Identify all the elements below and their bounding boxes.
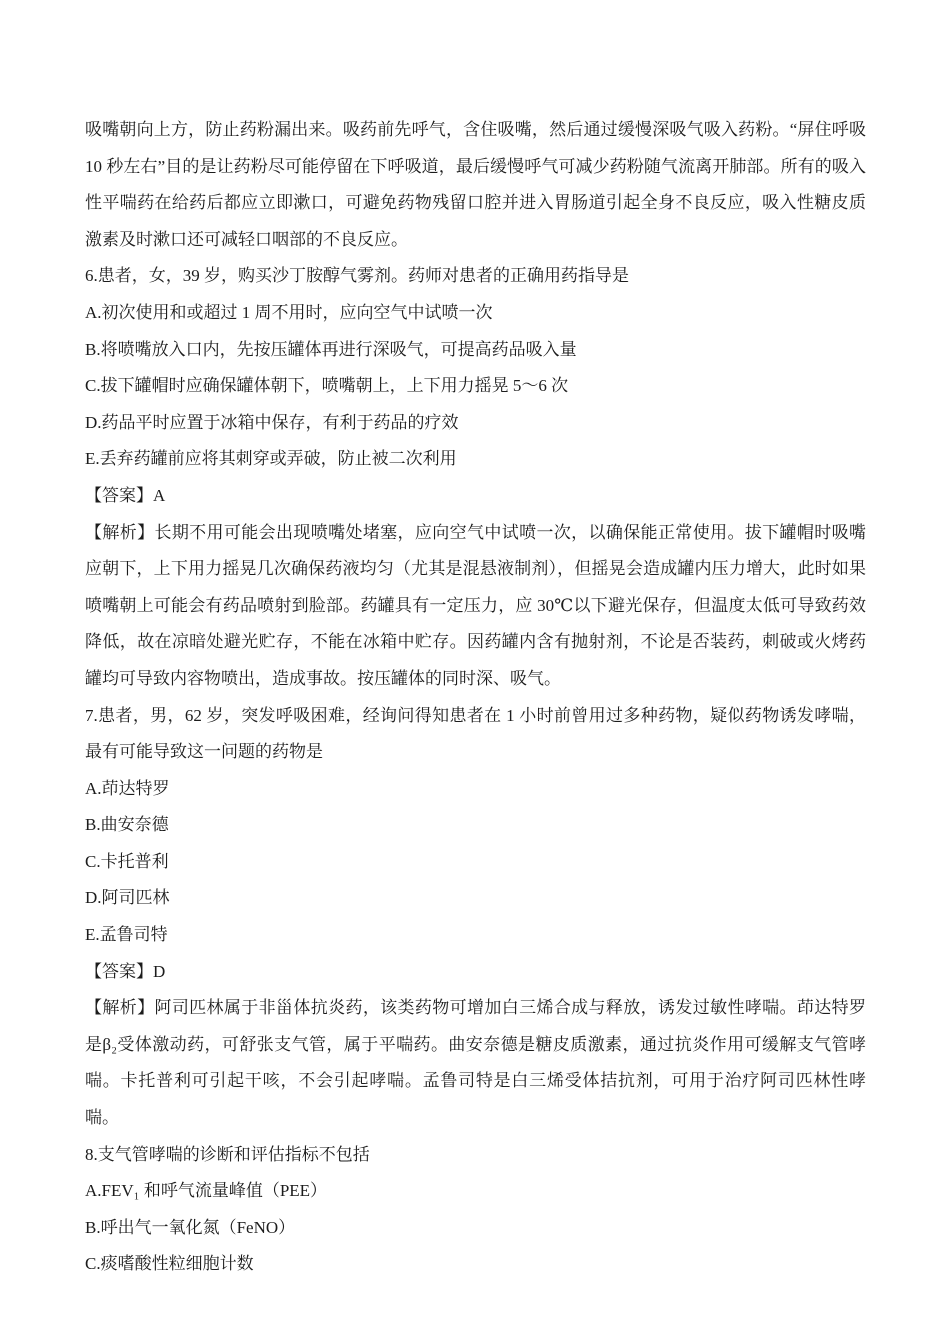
question-7-analysis: 【解析】阿司匹林属于非甾体抗炎药，该类药物可增加白三烯合成与释放，诱发过敏性哮喘… bbox=[85, 990, 866, 1136]
question-6: 6.患者，女，39 岁，购买沙丁胺醇气雾剂。药师对患者的正确用药指导是 A.初次… bbox=[85, 258, 866, 697]
question-8-option-b: B.呼出气一氧化氮（FeNO） bbox=[85, 1210, 866, 1247]
question-8-stem: 8.支气管哮喘的诊断和评估指标不包括 bbox=[85, 1137, 866, 1174]
question-7-stem: 7.患者，男，62 岁，突发呼吸困难，经询问得知患者在 1 小时前曾用过多种药物… bbox=[85, 698, 866, 771]
question-7-option-b: B.曲安奈德 bbox=[85, 807, 866, 844]
question-7-option-e: E.孟鲁司特 bbox=[85, 917, 866, 954]
question-8-option-c: C.痰嗜酸性粒细胞计数 bbox=[85, 1246, 866, 1283]
question-8: 8.支气管哮喘的诊断和评估指标不包括 A.FEV₁ 和呼气流量峰值（PEE） B… bbox=[85, 1137, 866, 1283]
question-6-answer: 【答案】A bbox=[85, 478, 866, 515]
question-7-option-c: C.卡托普利 bbox=[85, 844, 866, 881]
question-6-option-d: D.药品平时应置于冰箱中保存，有利于药品的疗效 bbox=[85, 405, 866, 442]
question-7-answer: 【答案】D bbox=[85, 954, 866, 991]
question-7-option-d: D.阿司匹林 bbox=[85, 880, 866, 917]
question-8-option-a: A.FEV₁ 和呼气流量峰值（PEE） bbox=[85, 1173, 866, 1210]
question-7: 7.患者，男，62 岁，突发呼吸困难，经询问得知患者在 1 小时前曾用过多种药物… bbox=[85, 698, 866, 1137]
question-6-option-b: B.将喷嘴放入口内，先按压罐体再进行深吸气，可提高药品吸入量 bbox=[85, 332, 866, 369]
intro-paragraph: 吸嘴朝向上方，防止药粉漏出来。吸药前先呼气，含住吸嘴，然后通过缓慢深吸气吸入药粉… bbox=[85, 112, 866, 258]
exam-document-page: 吸嘴朝向上方，防止药粉漏出来。吸药前先呼气，含住吸嘴，然后通过缓慢深吸气吸入药粉… bbox=[0, 0, 950, 1344]
question-6-option-e: E.丢弃药罐前应将其刺穿或弄破，防止被二次利用 bbox=[85, 441, 866, 478]
question-6-analysis: 【解析】长期不用可能会出现喷嘴处堵塞，应向空气中试喷一次，以确保能正常使用。拔下… bbox=[85, 515, 866, 698]
question-7-option-a: A.茚达特罗 bbox=[85, 771, 866, 808]
question-6-stem: 6.患者，女，39 岁，购买沙丁胺醇气雾剂。药师对患者的正确用药指导是 bbox=[85, 258, 866, 295]
question-6-option-c: C.拔下罐帽时应确保罐体朝下，喷嘴朝上，上下用力摇晃 5～6 次 bbox=[85, 368, 866, 405]
question-6-option-a: A.初次使用和或超过 1 周不用时，应向空气中试喷一次 bbox=[85, 295, 866, 332]
